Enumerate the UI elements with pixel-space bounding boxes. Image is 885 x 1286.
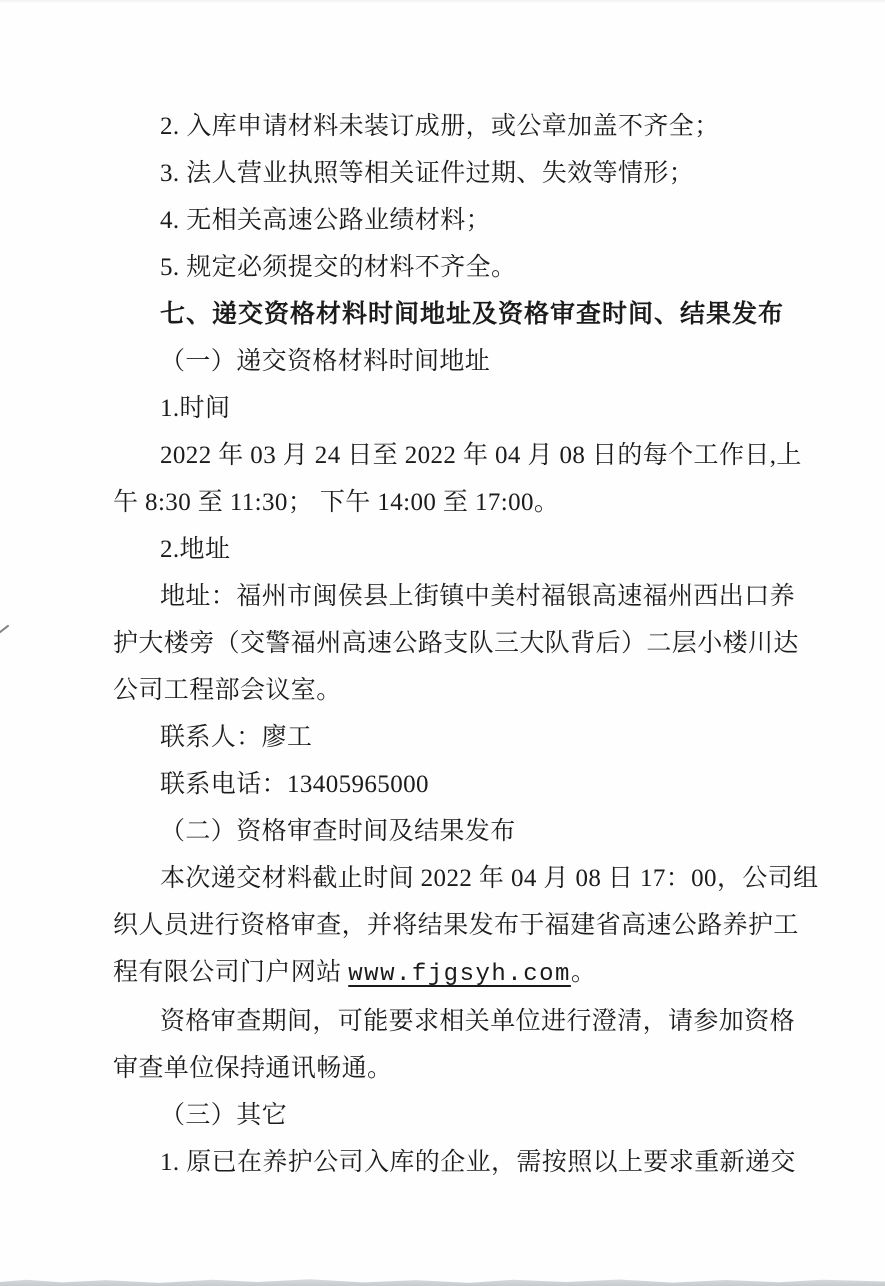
scan-edge-bottom-artifact [0, 1277, 885, 1286]
section-heading-7: 七、递交资格材料时间地址及资格审查时间、结果发布 [113, 291, 785, 338]
document-page: 2. 入库申请材料未装订成册，或公章加盖不齐全；3. 法人营业执照等相关证件过期… [0, 0, 885, 1286]
list-item-3: 3. 法人营业执照等相关证件过期、失效等情形； [113, 150, 785, 197]
text-run: 审查单位保持通讯畅通。 [113, 1055, 392, 1082]
time-paragraph-line-1: 2022 年 03 月 24 日至 2022 年 04 月 08 日的每个工作日… [113, 432, 785, 479]
text-run: 联系电话：13405965000 [160, 771, 429, 798]
text-run: 织人员进行资格审查，并将结果发布于福建省高速公路养护工 [113, 912, 799, 939]
text-run: 护大楼旁（交警福州高速公路支队三大队背后）二层小楼川达 [113, 630, 799, 657]
text-run: 本次递交材料截止时间 2022 年 04 月 08 日 17：00，公司组 [160, 865, 819, 892]
text-run: 资格审查期间，可能要求相关单位进行澄清，请参加资格 [160, 1008, 795, 1035]
text-run: 2022 年 03 月 24 日至 2022 年 04 月 08 日的每个工作日… [160, 442, 802, 469]
text-run: 4. 无相关高速公路业绩材料； [160, 207, 491, 234]
text-run: 。 [571, 959, 596, 986]
review-paragraph-line-2: 织人员进行资格审查，并将结果发布于福建省高速公路养护工 [113, 902, 785, 949]
time-paragraph-line-2: 午 8:30 至 11:30； 下午 14:00 至 17:00。 [113, 479, 785, 526]
text-run: （三）其它 [160, 1102, 287, 1129]
scan-stray-mark [0, 625, 9, 634]
list-item-4: 4. 无相关高速公路业绩材料； [113, 197, 785, 244]
review-paragraph-line-3: 程有限公司门户网站 www.fjgsyh.com。 [113, 949, 785, 998]
address-paragraph-line-3: 公司工程部会议室。 [113, 667, 785, 714]
other-item-1-line-1: 1. 原已在养护公司入库的企业，需按照以上要求重新递交 [113, 1139, 785, 1186]
contact-person-line: 联系人：廖工 [113, 714, 785, 761]
text-run: 1.时间 [160, 395, 230, 422]
subsection-heading-2: （二）资格审查时间及结果发布 [113, 808, 785, 855]
text-run: 程有限公司门户网站 [113, 959, 348, 986]
text-run: 七、递交资格材料时间地址及资格审查时间、结果发布 [160, 300, 784, 328]
clarify-paragraph-line-1: 资格审查期间，可能要求相关单位进行澄清，请参加资格 [113, 998, 785, 1045]
address-paragraph-line-1: 地址：福州市闽侯县上街镇中美村福银高速福州西出口养 [113, 573, 785, 620]
address-paragraph-line-2: 护大楼旁（交警福州高速公路支队三大队背后）二层小楼川达 [113, 620, 785, 667]
text-run: 2.地址 [160, 536, 230, 563]
text-run: （二）资格审查时间及结果发布 [160, 818, 516, 845]
review-paragraph-line-1: 本次递交材料截止时间 2022 年 04 月 08 日 17：00，公司组 [113, 855, 785, 902]
list-item-5: 5. 规定必须提交的材料不齐全。 [113, 244, 785, 291]
text-run: 联系人：廖工 [160, 724, 312, 751]
text-run: 1. 原已在养护公司入库的企业，需按照以上要求重新递交 [160, 1149, 796, 1176]
text-run: 3. 法人营业执照等相关证件过期、失效等情形； [160, 160, 694, 187]
clarify-paragraph-line-2: 审查单位保持通讯畅通。 [113, 1045, 785, 1092]
text-run: 午 8:30 至 11:30； 下午 14:00 至 17:00。 [113, 489, 559, 516]
text-run: 2. 入库申请材料未装订成册，或公章加盖不齐全； [160, 113, 720, 140]
contact-phone-line: 联系电话：13405965000 [113, 761, 785, 808]
document-text: 2. 入库申请材料未装订成册，或公章加盖不齐全；3. 法人营业执照等相关证件过期… [113, 103, 785, 1186]
text-run: 公司工程部会议室。 [113, 677, 342, 704]
text-run: 5. 规定必须提交的材料不齐全。 [160, 254, 516, 281]
subsection-heading-1: （一）递交资格材料时间地址 [113, 338, 785, 385]
subsection-heading-3: （三）其它 [113, 1092, 785, 1139]
scan-edge-top-artifact [0, 0, 885, 3]
list-item-2: 2. 入库申请材料未装订成册，或公章加盖不齐全； [113, 103, 785, 150]
text-run: （一）递交资格材料时间地址 [160, 348, 490, 375]
item-time-label: 1.时间 [113, 385, 785, 432]
text-run: 地址：福州市闽侯县上街镇中美村福银高速福州西出口养 [160, 583, 795, 610]
website-url: www.fjgsyh.com [348, 961, 571, 988]
item-address-label: 2.地址 [113, 526, 785, 573]
